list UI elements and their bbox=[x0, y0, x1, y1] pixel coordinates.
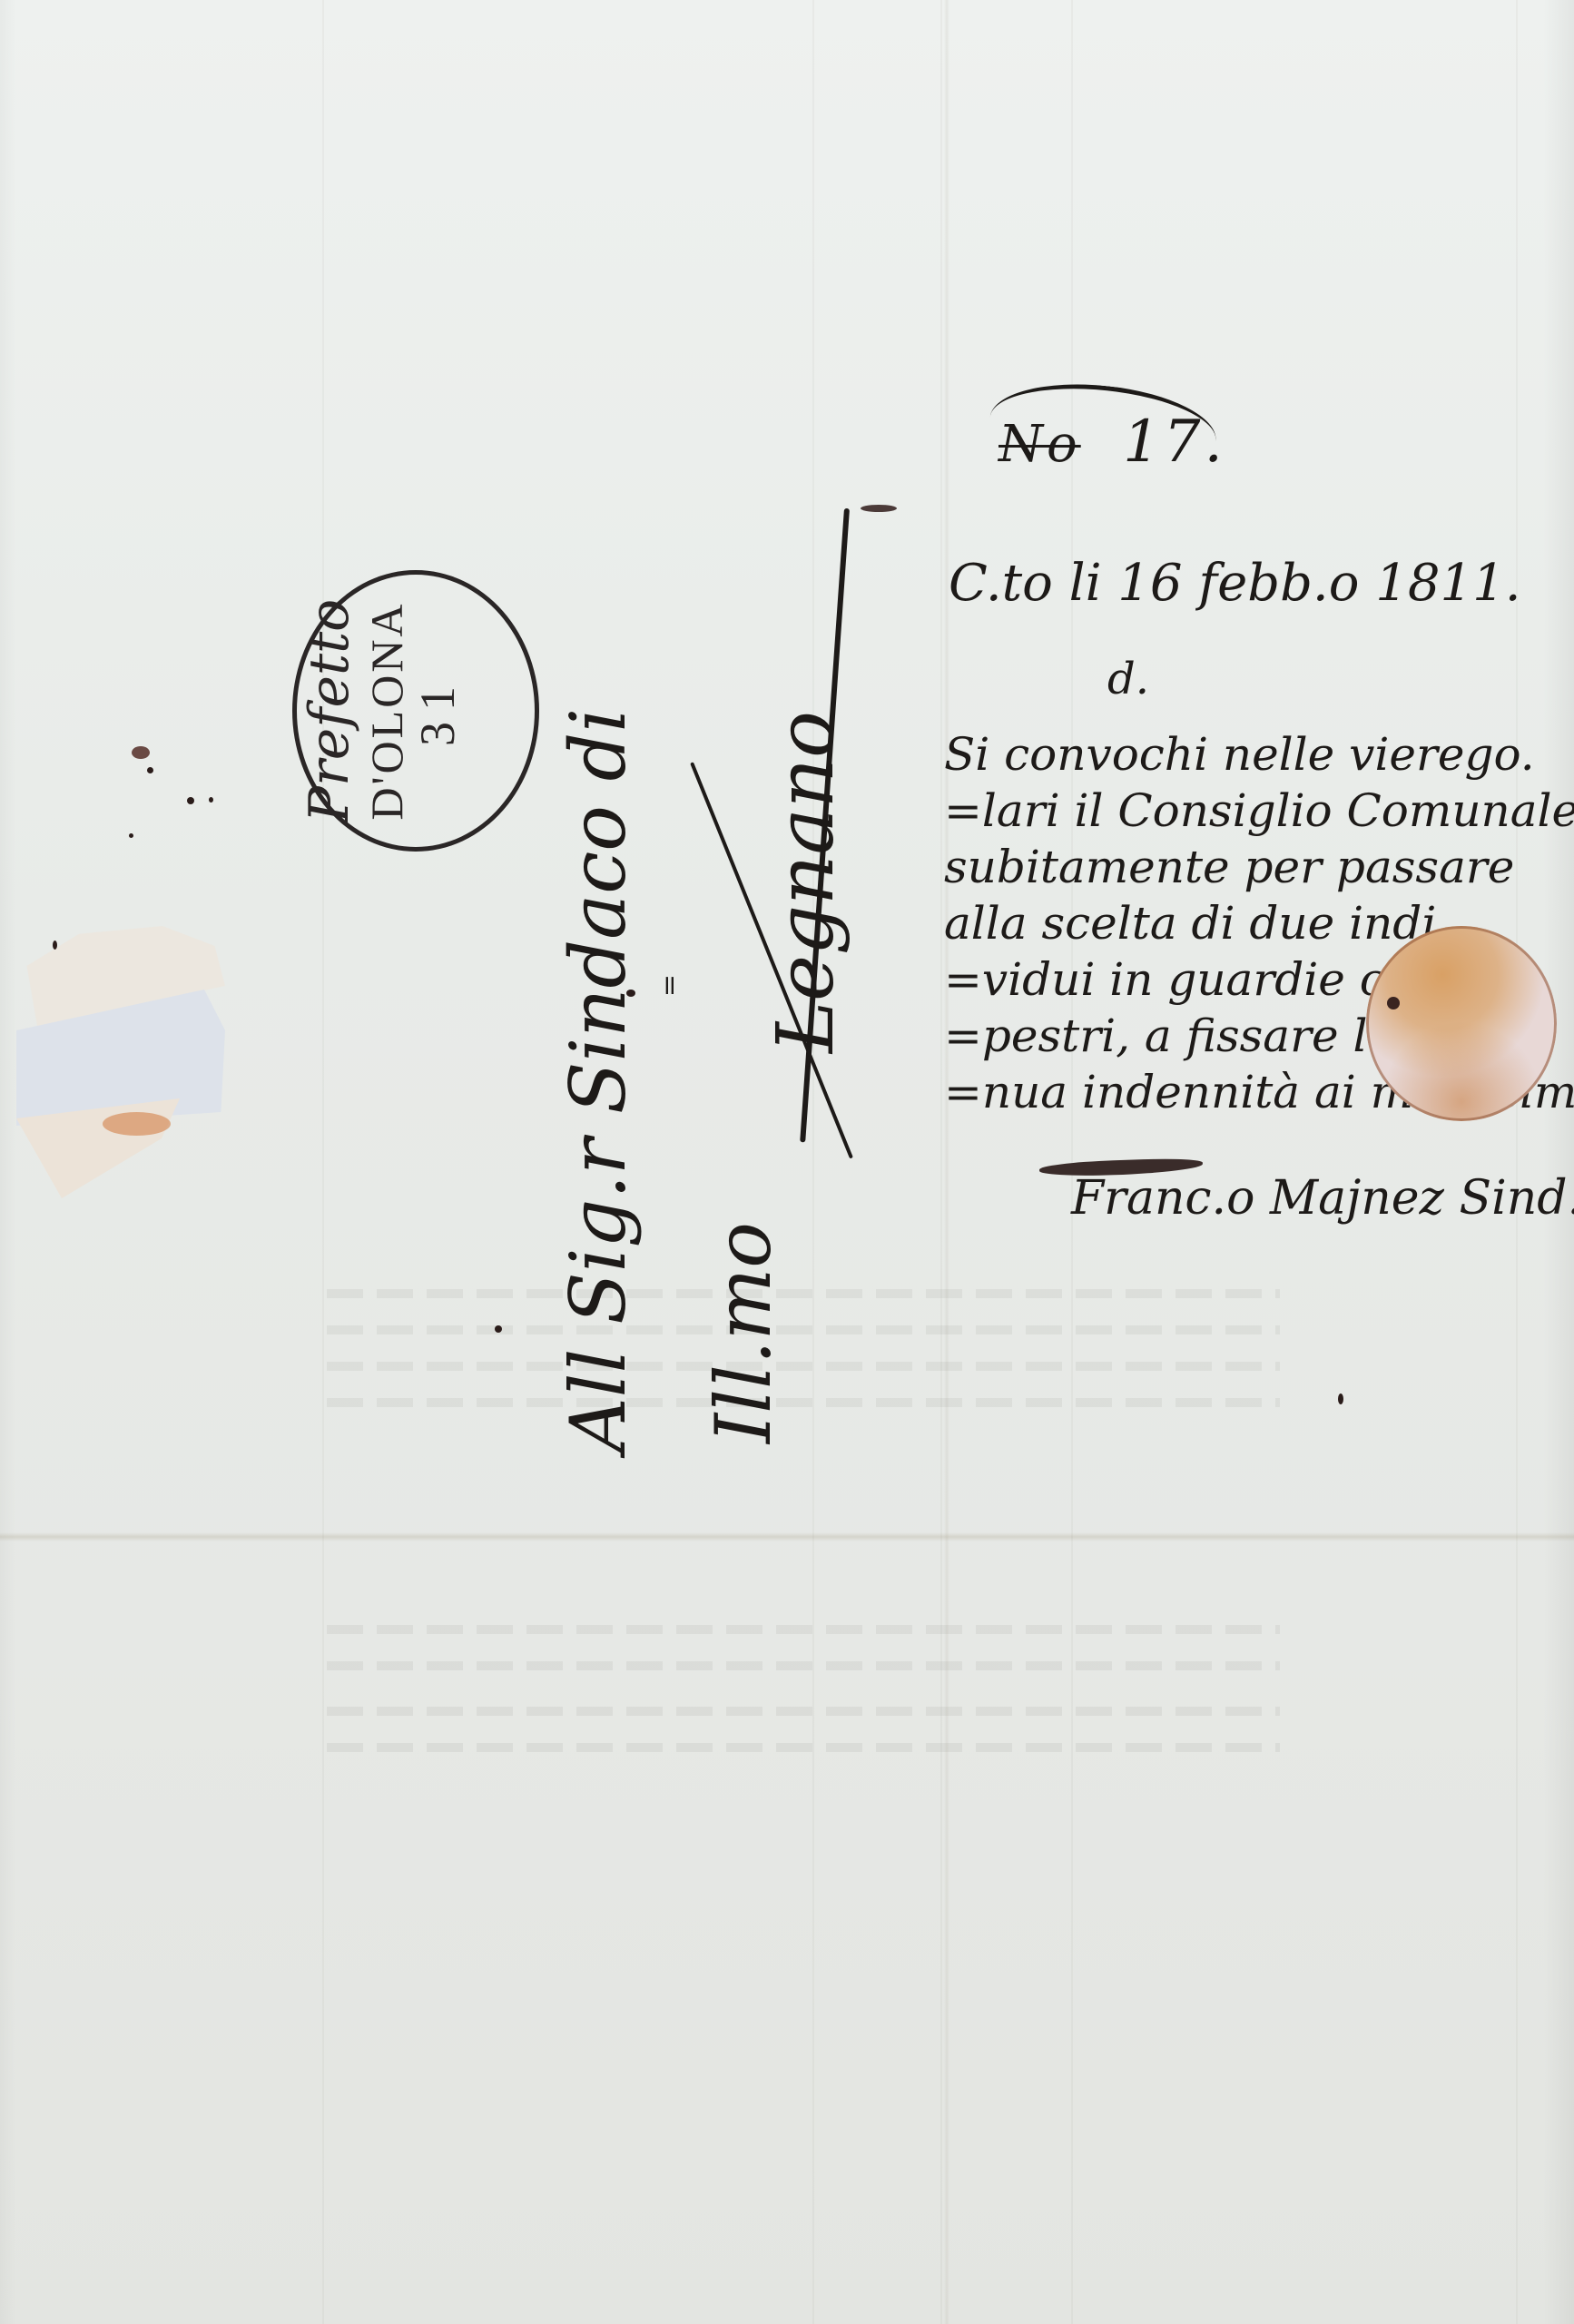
body-line: subitamente per passare bbox=[944, 839, 1561, 895]
laid-line bbox=[1516, 0, 1518, 2324]
wax-seal-stain bbox=[1366, 926, 1557, 1121]
address-line-town: Legnano bbox=[761, 711, 851, 1053]
number-value: 17. bbox=[1123, 409, 1226, 476]
postmark-number: 31 bbox=[412, 575, 463, 847]
postmark-title: Prefetto bbox=[298, 575, 361, 847]
torn-paper-patch bbox=[16, 926, 225, 1198]
number-prefix: No bbox=[999, 415, 1081, 474]
signature: Franc.o Majnez Sind. bbox=[1071, 1171, 1574, 1226]
ink-speck bbox=[132, 746, 150, 759]
ink-speck bbox=[495, 1325, 502, 1333]
rust-stain bbox=[103, 1112, 171, 1136]
ink-blot bbox=[1387, 997, 1400, 1009]
ink-speck bbox=[147, 767, 153, 773]
address-line-recipient: All Sig.r Sindaco di bbox=[554, 708, 643, 1452]
show-through-text bbox=[327, 1398, 1280, 1407]
address-line-honorific: Ill.mo bbox=[699, 1222, 788, 1443]
show-through-text bbox=[327, 1661, 1280, 1670]
show-through-text bbox=[327, 1625, 1280, 1634]
show-through-text bbox=[327, 1362, 1280, 1371]
prefecture-postmark: Prefetto D'OLONA 31 bbox=[292, 570, 539, 852]
ink-speck bbox=[129, 833, 133, 838]
postmark-text: Prefetto D'OLONA 31 bbox=[298, 575, 534, 847]
body-line: Si convochi nelle vierego. bbox=[944, 726, 1561, 783]
laid-line bbox=[940, 0, 942, 2324]
laid-line bbox=[322, 0, 324, 2324]
body-line: =lari il Consiglio Comunale bbox=[944, 783, 1561, 839]
postmark-department: D'OLONA bbox=[361, 575, 412, 847]
document-number: No 17. bbox=[999, 409, 1226, 476]
ink-speck bbox=[53, 940, 57, 950]
ink-speck bbox=[626, 990, 635, 997]
ink-speck bbox=[187, 797, 194, 804]
ink-speck bbox=[1338, 1393, 1343, 1404]
horizontal-fold bbox=[0, 1532, 1574, 1541]
vertical-fold bbox=[944, 0, 949, 2324]
date-sub: d. bbox=[1107, 654, 1149, 704]
show-through-text bbox=[327, 1743, 1280, 1752]
laid-line bbox=[812, 0, 814, 2324]
show-through-text bbox=[327, 1289, 1280, 1298]
paper-background bbox=[0, 0, 1574, 2324]
ditto-mark: = bbox=[654, 974, 685, 997]
ink-speck bbox=[209, 797, 213, 803]
show-through-text bbox=[327, 1325, 1280, 1334]
show-through-text bbox=[327, 1707, 1280, 1716]
rule-cap bbox=[861, 505, 897, 512]
date-line: C.to li 16 febb.o 1811. bbox=[949, 554, 1521, 613]
